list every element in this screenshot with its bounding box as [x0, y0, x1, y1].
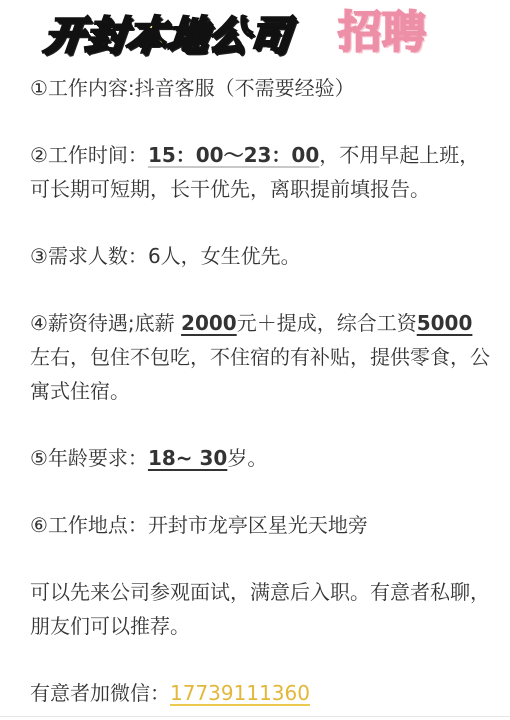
headcount-text: 6人，女生优先。 — [148, 244, 301, 268]
section-salary: ④薪资待遇;底薪 2000元＋提成，综合工资5000左右，包住不包吃，不住宿的有… — [30, 306, 490, 408]
base-salary-value: 2000 — [181, 311, 237, 335]
salary-text-a: 元＋提成，综合工资 — [237, 311, 417, 335]
salary-text-b: 左右，包住不包吃，不住宿的有补贴，提供零食，公寓式住宿。 — [30, 345, 490, 403]
section-marker: ① — [30, 76, 48, 100]
location-text: 开封市龙亭区星光天地旁 — [148, 513, 368, 537]
work-hours-value: 15：00～23：00 — [148, 143, 319, 167]
interview-note: 可以先来公司参观面试，满意后入职。有意者私聊，朋友们可以推荐。 — [30, 575, 490, 643]
age-text: 岁。 — [227, 446, 267, 470]
contact-line: 有意者加微信：17739111360 — [30, 676, 490, 710]
section-marker: ④ — [30, 311, 48, 335]
bottom-divider — [0, 716, 510, 717]
salary-label: 薪资待遇;底薪 — [48, 311, 181, 335]
job-details: ①工作内容:抖音客服（不需要经验） ②工作时间：15：00～23：00，不用早起… — [30, 71, 490, 710]
recruiting-badge: 招聘 — [338, 6, 426, 60]
contact-label: 有意者加微信： — [30, 681, 170, 705]
section-marker: ⑤ — [30, 446, 48, 470]
location-label: 工作地点： — [48, 513, 148, 537]
section-marker: ③ — [30, 244, 48, 268]
work-hours-label: 工作时间： — [48, 143, 148, 167]
section-work-hours: ②工作时间：15：00～23：00，不用早起上班，可长期可短期，长干优先，离职提… — [30, 138, 490, 206]
wechat-number-link[interactable]: 17739111360 — [170, 681, 310, 705]
section-headcount: ③需求人数：6人，女生优先。 — [30, 239, 490, 273]
section-marker: ⑥ — [30, 513, 48, 537]
company-title: 开封本地公司 — [41, 12, 292, 60]
age-range-value: 18~ 30 — [148, 446, 227, 470]
poster-header: 开封本地公司 招聘 — [0, 0, 510, 70]
section-job-content: ①工作内容:抖音客服（不需要经验） — [30, 71, 490, 105]
headcount-label: 需求人数： — [48, 244, 148, 268]
section-age: ⑤年龄要求：18~ 30岁。 — [30, 441, 490, 475]
section-marker: ② — [30, 143, 48, 167]
section-location: ⑥工作地点：开封市龙亭区星光天地旁 — [30, 508, 490, 542]
age-label: 年龄要求： — [48, 446, 148, 470]
job-content-text: 工作内容:抖音客服（不需要经验） — [48, 76, 355, 100]
total-salary-value: 5000 — [417, 311, 473, 335]
